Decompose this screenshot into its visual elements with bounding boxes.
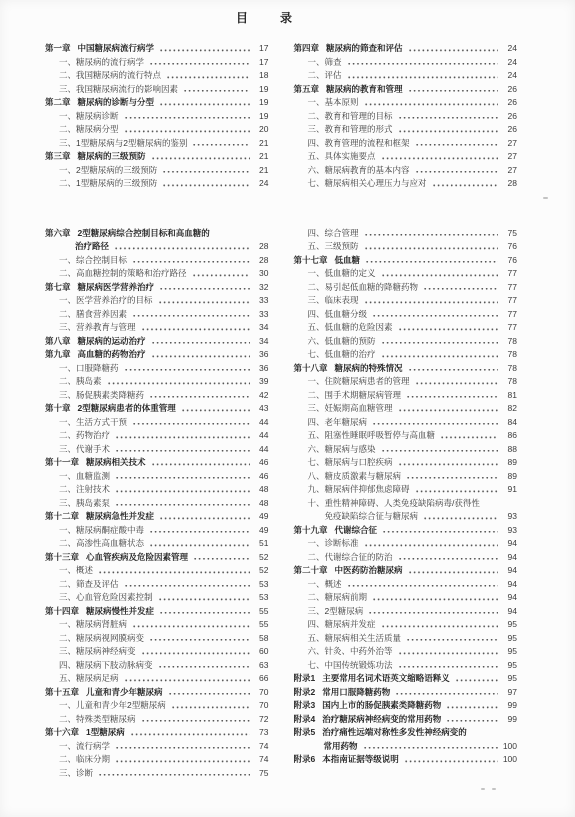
page-number: 73 — [254, 726, 269, 740]
toc-sub-entry: 二、糖尿病视网膜病变58 — [45, 632, 269, 646]
toc-entry-label: 第十九章 — [294, 524, 328, 538]
toc-entry-label: 第十五章 — [45, 686, 79, 700]
dotted-leader — [415, 137, 498, 151]
toc-sub-entry: 一、诊断标准94 — [294, 537, 518, 551]
page-number: 26 — [502, 83, 517, 97]
toc-sub-entry: 七、中国传统锻炼功法95 — [294, 659, 518, 673]
toc-sub-entry: 三、代谢手术44 — [45, 443, 269, 457]
toc-entry-title: 糖尿病的筛查和评估 — [326, 42, 403, 56]
dotted-leader — [446, 699, 498, 713]
toc-sub-entry: 一、低血糖的定义77 — [294, 267, 518, 281]
page-number: 95 — [502, 659, 517, 673]
toc-chapter-entry: 第十六章1型糖尿病73 — [45, 726, 269, 740]
toc-entry-title: 一、诊断标准 — [308, 537, 359, 551]
dotted-leader — [398, 551, 498, 565]
dotted-leader — [162, 177, 249, 191]
toc-sub-entry: 免疫缺陷综合征与糖尿病93 — [294, 510, 518, 524]
page-number: 55 — [254, 618, 269, 632]
toc-entry-title: 三、临床表现 — [308, 294, 359, 308]
dotted-leader — [115, 443, 249, 457]
toc-block-left-bottom: 第六章2型糖尿病综合控制目标和高血糖的治疗路径28一、综合控制目标28二、高血糖… — [45, 227, 269, 781]
toc-chapter-entry: 第十九章代谢综合征93 — [294, 524, 518, 538]
page-number: 44 — [254, 416, 269, 430]
dotted-leader — [408, 362, 498, 376]
toc-entry-title: 2型糖尿病患者的体重管理 — [78, 402, 176, 416]
toc-entry-title: 二、胰岛素 — [59, 375, 102, 389]
dotted-leader — [408, 83, 498, 97]
toc-sub-entry: 七、糖尿病相关心理压力与应对28 — [294, 177, 518, 191]
page-number: 84 — [502, 416, 517, 430]
toc-sub-entry: 五、糖尿病相关生活质量95 — [294, 632, 518, 646]
toc-sub-entry: 二、筛查及评估53 — [45, 578, 269, 592]
dotted-leader — [159, 605, 249, 619]
toc-sub-entry: 一、血糖监测46 — [45, 470, 269, 484]
toc-entry-title: 四、糖尿病并发症 — [308, 618, 376, 632]
toc-sub-entry: 二、易引起低血糖的降糖药物77 — [294, 281, 518, 295]
page-number: 55 — [254, 605, 269, 619]
toc-entry-title: 八、糖皮质激素与糖尿病 — [308, 470, 402, 484]
page-number: 82 — [502, 402, 517, 416]
dotted-leader — [158, 659, 250, 673]
toc-entry-title: 一、基本原则 — [308, 96, 359, 110]
toc-sub-entry: 一、儿童和青少年2型糖尿病70 — [45, 699, 269, 713]
column-gap — [294, 191, 518, 227]
toc-chapter-entry: 第七章糖尿病医学营养治疗32 — [45, 281, 269, 295]
toc-entry-title: 七、低血糖的治疗 — [308, 348, 376, 362]
page-number: 77 — [502, 267, 517, 281]
toc-sub-entry: 二、特殊类型糖尿病72 — [45, 713, 269, 727]
page-number: 26 — [502, 110, 517, 124]
dotted-leader — [115, 753, 249, 767]
toc-sub-entry: 二、注射技术48 — [45, 483, 269, 497]
toc-entry-title: 三、胰岛素泵 — [59, 497, 110, 511]
toc-entry-title: 二、教育和管理的目标 — [308, 110, 393, 124]
toc-entry-title: 四、糖尿病下肢动脉病变 — [59, 659, 153, 673]
toc-entry-title: 二、注射技术 — [59, 483, 110, 497]
page-number: 100 — [502, 753, 517, 767]
toc-chapter-entry: 第十一章糖尿病相关技术46 — [45, 456, 269, 470]
page-number: 77 — [502, 294, 517, 308]
page-number: 52 — [254, 564, 269, 578]
toc-sub-entry: 四、老年糖尿病84 — [294, 416, 518, 430]
toc-entry-title: 中医药防治糖尿病 — [335, 564, 403, 578]
dotted-leader — [398, 456, 498, 470]
toc-entry-title: 低血糖 — [335, 254, 361, 268]
toc-sub-entry: 二、高渗性高血糖状态51 — [45, 537, 269, 551]
dotted-leader — [381, 335, 498, 349]
toc-sub-entry: 二、代谢综合征的防治94 — [294, 551, 518, 565]
dotted-leader — [124, 110, 250, 124]
page-number: 34 — [254, 335, 269, 349]
toc-sub-entry: 一、糖尿病酮症酸中毒49 — [45, 524, 269, 538]
toc-entry-title: 糖尿病的特殊情况 — [335, 362, 403, 376]
page-number: 17 — [254, 56, 269, 70]
toc-chapter-entry: 第十二章糖尿病急性并发症49 — [45, 510, 269, 524]
toc-entry-label: 第十六章 — [45, 726, 79, 740]
page-number: 74 — [254, 753, 269, 767]
toc-entry-title: 一、儿童和青少年2型糖尿病 — [59, 699, 166, 713]
dotted-leader — [364, 227, 498, 241]
toc-entry-title: 七、中国传统锻炼功法 — [308, 659, 393, 673]
page-number: 95 — [502, 672, 517, 686]
toc-chapter-entry: 第十八章糖尿病的特殊情况78 — [294, 362, 518, 376]
toc-sub-entry: 六、糖尿病教育的基本内容27 — [294, 164, 518, 178]
dotted-leader — [168, 686, 250, 700]
toc-entry-title: 一、2型糖尿病的三级预防 — [59, 164, 157, 178]
toc-sub-entry: 一、综合控制目标28 — [45, 254, 269, 268]
toc-sub-entry: 六、糖尿病与感染88 — [294, 443, 518, 457]
page-number: 99 — [502, 713, 517, 727]
toc-page: 目 录 第一章中国糖尿病流行病学17一、糖尿病的流行病学17二、我国糖尿病的流行… — [0, 0, 575, 817]
dotted-leader — [149, 524, 249, 538]
toc-sub-entry: 六、针灸、中药外治等95 — [294, 645, 518, 659]
toc-entry-title: 一、口服降糖药 — [59, 362, 119, 376]
toc-entry-label: 第十八章 — [294, 362, 328, 376]
page-number: 93 — [502, 524, 517, 538]
toc-entry-title: 二、特殊类型糖尿病 — [59, 713, 136, 727]
toc-entry-title: 三、心血管危险因素控制 — [59, 591, 153, 605]
toc-entry-label: 第十二章 — [45, 510, 79, 524]
page-number: 70 — [254, 686, 269, 700]
dotted-leader — [107, 375, 250, 389]
dotted-leader — [432, 177, 498, 191]
toc-chapter-entry: 第六章2型糖尿病综合控制目标和高血糖的 — [45, 227, 269, 241]
toc-entry-title: 七、糖尿病与口腔疾病 — [308, 456, 393, 470]
toc-chapter-entry: 第十章2型糖尿病患者的体重管理43 — [45, 402, 269, 416]
page-number: 76 — [502, 240, 517, 254]
dotted-leader — [398, 110, 498, 124]
toc-entry-label: 第十四章 — [45, 605, 79, 619]
page-number: 27 — [502, 150, 517, 164]
toc-entry-title: 六、糖尿病教育的基本内容 — [308, 164, 410, 178]
toc-entry-title: 心血管疾病及危险因素管理 — [86, 551, 188, 565]
scan-artifact — [492, 788, 496, 790]
dotted-leader — [406, 632, 498, 646]
dotted-leader — [364, 537, 498, 551]
dotted-leader — [151, 335, 250, 349]
page-number: 27 — [502, 164, 517, 178]
toc-chapter-entry: 第二十章中医药防治糖尿病94 — [294, 564, 518, 578]
dotted-leader — [115, 470, 249, 484]
dotted-leader — [446, 713, 498, 727]
toc-sub-entry: 四、综合管理75 — [294, 227, 518, 241]
toc-entry-label: 附录1 — [294, 672, 316, 686]
toc-sub-entry: 三、心血管危险因素控制53 — [45, 591, 269, 605]
page-number: 60 — [254, 645, 269, 659]
toc-entry-title: 一、流行病学 — [59, 740, 110, 754]
dotted-leader — [132, 416, 249, 430]
page-number: 28 — [254, 254, 269, 268]
dotted-leader — [141, 713, 250, 727]
toc-sub-entry: 五、低血糖的危险因素77 — [294, 321, 518, 335]
toc-entry-label: 附录3 — [294, 699, 316, 713]
dotted-leader — [158, 294, 250, 308]
dotted-leader — [398, 402, 498, 416]
page-number: 89 — [502, 470, 517, 484]
toc-sub-entry: 二、评估24 — [294, 69, 518, 83]
page-number: 48 — [254, 497, 269, 511]
toc-sub-entry: 一、基本原则26 — [294, 96, 518, 110]
toc-chapter-entry: 第八章糖尿病的运动治疗34 — [45, 335, 269, 349]
toc-entry-title: 一、住院糖尿病患者的管理 — [308, 375, 410, 389]
page-number: 53 — [254, 591, 269, 605]
page-number: 24 — [502, 56, 517, 70]
dotted-leader — [159, 42, 249, 56]
dotted-leader — [124, 362, 250, 376]
dotted-leader — [159, 281, 249, 295]
toc-sub-entry: 一、住院糖尿病患者的管理78 — [294, 375, 518, 389]
toc-entry-title: 免疫缺陷综合征与糖尿病 — [325, 510, 419, 524]
page-number: 94 — [502, 537, 517, 551]
dotted-leader — [372, 308, 498, 322]
page-number: 21 — [254, 150, 269, 164]
page-number: 78 — [502, 375, 517, 389]
toc-column-right: 第四章糖尿病的筛查和评估24一、筛查24二、评估24第五章糖尿病的教育和管理26… — [294, 42, 518, 780]
toc-entry-title: 一、糖尿病酮症酸中毒 — [59, 524, 144, 538]
toc-entry-title: 本指南证据等级说明 — [322, 753, 399, 767]
page-number: 86 — [502, 429, 517, 443]
page-number: 43 — [254, 402, 269, 416]
dotted-leader — [372, 416, 498, 430]
toc-entry-title: 二、高血糖控制的策略和治疗路径 — [59, 267, 187, 281]
toc-entry-title: 三、肠促胰素类降糖药 — [59, 389, 144, 403]
page-number: 33 — [254, 294, 269, 308]
toc-sub-entry: 十、重性精神障碍、人类免疫缺陷病毒/获得性 — [294, 497, 518, 511]
dotted-leader — [162, 164, 249, 178]
toc-entry-title: 三、我国糖尿病流行的影响因素 — [59, 83, 178, 97]
toc-entry-title: 三、教育和管理的形式 — [308, 123, 393, 137]
dotted-leader — [364, 96, 498, 110]
dotted-leader — [406, 470, 498, 484]
page-number: 30 — [254, 267, 269, 281]
dotted-leader — [149, 632, 249, 646]
toc-entry-label: 第四章 — [294, 42, 320, 56]
dotted-leader — [363, 740, 498, 754]
toc-sub-entry: 三、1型糖尿病与2型糖尿病的鉴别21 — [45, 137, 269, 151]
page-number: 81 — [502, 389, 517, 403]
toc-chapter-entry: 附录5治疗痛性远端对称性多发性神经病变的 — [294, 726, 518, 740]
toc-entry-title: 二、临床分期 — [59, 753, 110, 767]
page-number: 32 — [254, 281, 269, 295]
page-number: 99 — [502, 699, 517, 713]
page-number: 88 — [502, 443, 517, 457]
toc-entry-title: 中国糖尿病流行病学 — [78, 42, 155, 56]
dotted-leader — [151, 348, 250, 362]
toc-sub-entry: 一、流行病学74 — [45, 740, 269, 754]
toc-entry-title: 二、高渗性高血糖状态 — [59, 537, 144, 551]
toc-entry-title: 五、糖尿病相关生活质量 — [308, 632, 402, 646]
dotted-leader — [423, 281, 498, 295]
page-number: 20 — [254, 123, 269, 137]
dotted-leader — [347, 578, 498, 592]
toc-chapter-entry: 附录4治疗糖尿病神经病变的常用药物99 — [294, 713, 518, 727]
dotted-leader — [364, 240, 498, 254]
page-number: 49 — [254, 510, 269, 524]
toc-entry-title: 主要常用名词术语英文缩略语释义 — [322, 672, 450, 686]
toc-chapter-entry: 附录2常用口服降糖药物97 — [294, 686, 518, 700]
dotted-leader — [141, 321, 250, 335]
page-number: 77 — [502, 321, 517, 335]
dotted-leader — [382, 524, 498, 538]
page-number: 52 — [254, 551, 269, 565]
dotted-leader — [192, 267, 250, 281]
toc-entry-title: 五、糖尿病足病 — [59, 672, 119, 686]
page-number: 44 — [254, 429, 269, 443]
toc-sub-entry: 三、妊娠期高血糖管理82 — [294, 402, 518, 416]
toc-entry-label: 第三章 — [45, 150, 71, 164]
page-number: 95 — [502, 645, 517, 659]
toc-entry-title: 二、筛查及评估 — [59, 578, 119, 592]
page-number: 91 — [502, 483, 517, 497]
toc-entry-title: 二、膳食营养因素 — [59, 308, 127, 322]
page-number: 94 — [502, 605, 517, 619]
page-number: 26 — [502, 96, 517, 110]
toc-entry-label: 附录6 — [294, 753, 316, 767]
toc-entry-title: 二、1型糖尿病的三级预防 — [59, 177, 157, 191]
page-number: 49 — [254, 524, 269, 538]
toc-sub-entry: 三、教育和管理的形式26 — [294, 123, 518, 137]
toc-sub-entry: 一、糖尿病的流行病学17 — [45, 56, 269, 70]
page-number: 66 — [254, 672, 269, 686]
toc-sub-entry: 七、低血糖的治疗78 — [294, 348, 518, 362]
page-title: 目 录 — [236, 9, 302, 26]
dotted-leader — [381, 150, 498, 164]
toc-entry-title: 二、围手术期糖尿病管理 — [308, 389, 402, 403]
dotted-leader — [423, 510, 498, 524]
toc-entry-title: 治疗糖尿病神经病变的常用药物 — [322, 713, 441, 727]
dotted-leader — [415, 375, 498, 389]
toc-entry-title: 糖尿病的运动治疗 — [78, 335, 146, 349]
dotted-leader — [132, 308, 249, 322]
toc-entry-title: 二、易引起低血糖的降糖药物 — [308, 281, 419, 295]
page-number: 75 — [254, 767, 269, 781]
toc-entry-title: 1型糖尿病 — [86, 726, 125, 740]
dotted-leader — [98, 767, 249, 781]
toc-sub-entry: 五、糖尿病足病66 — [45, 672, 269, 686]
toc-entry-title: 二、代谢综合征的防治 — [308, 551, 393, 565]
page-number: 94 — [502, 564, 517, 578]
dotted-leader — [415, 483, 498, 497]
toc-entry-title: 五、具体实施要点 — [308, 150, 376, 164]
page-number: 95 — [502, 618, 517, 632]
toc-sub-entry: 四、糖尿病下肢动脉病变63 — [45, 659, 269, 673]
toc-chapter-entry: 第五章糖尿病的教育和管理26 — [294, 83, 518, 97]
toc-sub-entry: 二、我国糖尿病的流行特点18 — [45, 69, 269, 83]
toc-sub-entry: 八、糖皮质激素与糖尿病89 — [294, 470, 518, 484]
toc-entry-title: 治疗痛性远端对称性多发性神经病变的 — [322, 726, 467, 740]
page-number: 75 — [502, 227, 517, 241]
page-number: 74 — [254, 740, 269, 754]
dotted-leader — [372, 591, 498, 605]
toc-entry-title: 代谢综合征 — [335, 524, 378, 538]
dotted-leader — [455, 672, 498, 686]
toc-chapter-entry: 附录6本指南证据等级说明100 — [294, 753, 518, 767]
dotted-leader — [365, 254, 498, 268]
column-gap — [45, 191, 269, 227]
toc-sub-entry: 五、阻塞性睡眠呼吸暂停与高血糖86 — [294, 429, 518, 443]
toc-sub-entry: 一、医学营养治疗的目标33 — [45, 294, 269, 308]
toc-entry-title: 一、筛查 — [308, 56, 342, 70]
toc-entry-label: 第十一章 — [45, 456, 79, 470]
toc-entry-title: 十、重性精神障碍、人类免疫缺陷病毒/获得性 — [308, 497, 480, 511]
toc-entry-title: 二、药物治疗 — [59, 429, 110, 443]
scan-artifact — [543, 197, 548, 199]
toc-entry-label: 附录4 — [294, 713, 316, 727]
page-number: 36 — [254, 348, 269, 362]
page-number: 18 — [254, 69, 269, 83]
toc-sub-entry: 一、糖尿病诊断19 — [45, 110, 269, 124]
toc-entry-title: 四、教育管理的流程和框架 — [308, 137, 410, 151]
dotted-leader — [440, 429, 498, 443]
toc-chapter-entry: 第九章高血糖的药物治疗36 — [45, 348, 269, 362]
page-number: 53 — [254, 578, 269, 592]
toc-sub-entry: 四、糖尿病并发症95 — [294, 618, 518, 632]
page-number: 19 — [254, 96, 269, 110]
dotted-leader — [404, 753, 498, 767]
toc-sub-entry: 二、临床分期74 — [45, 753, 269, 767]
dotted-leader — [149, 389, 249, 403]
page-number: 24 — [502, 69, 517, 83]
page-number: 24 — [254, 177, 269, 191]
dotted-leader — [347, 69, 498, 83]
toc-entry-title: 三、糖尿病神经病变 — [59, 645, 136, 659]
dotted-leader — [159, 96, 249, 110]
toc-entry-title: 国内上市的肠促胰素类降糖药物 — [322, 699, 441, 713]
page-number: 21 — [254, 164, 269, 178]
toc-entry-title: 三、营养教育与管理 — [59, 321, 136, 335]
page-number: 51 — [254, 537, 269, 551]
dotted-leader — [398, 659, 498, 673]
toc-sub-entry: 三、营养教育与管理34 — [45, 321, 269, 335]
page-number: 78 — [502, 348, 517, 362]
toc-chapter-entry: 第十三章心血管疾病及危险因素管理52 — [45, 551, 269, 565]
toc-entry-label: 第一章 — [45, 42, 71, 56]
dotted-leader — [115, 740, 249, 754]
toc-chapter-entry: 第三章糖尿病的三级预防21 — [45, 150, 269, 164]
page-number: 19 — [254, 83, 269, 97]
page-number: 39 — [254, 375, 269, 389]
dotted-leader — [381, 267, 498, 281]
toc-entry-title: 常用药物 — [324, 740, 358, 754]
toc-sub-entry: 二、高血糖控制的策略和治疗路径30 — [45, 267, 269, 281]
dotted-leader — [124, 578, 250, 592]
dotted-leader — [141, 645, 250, 659]
page-number: 46 — [254, 456, 269, 470]
page-number: 28 — [254, 240, 269, 254]
toc-entry-title: 五、低血糖的危险因素 — [308, 321, 393, 335]
toc-sub-entry: 一、概述52 — [45, 564, 269, 578]
toc-entry-title: 一、低血糖的定义 — [308, 267, 376, 281]
toc-sub-entry: 五、三级预防76 — [294, 240, 518, 254]
toc-entry-title: 四、综合管理 — [308, 227, 359, 241]
toc-entry-label: 第十章 — [45, 402, 71, 416]
toc-entry-title: 2型糖尿病综合控制目标和高血糖的 — [78, 227, 210, 241]
toc-entry-title: 四、低血糖分级 — [308, 308, 368, 322]
page-number: 58 — [254, 632, 269, 646]
dotted-leader — [381, 618, 498, 632]
dotted-leader — [115, 483, 249, 497]
toc-entry-title: 六、糖尿病与感染 — [308, 443, 376, 457]
toc-chapter-entry: 治疗路径28 — [45, 240, 269, 254]
toc-entry-title: 三、1型糖尿病与2型糖尿病的鉴别 — [59, 137, 187, 151]
dotted-leader — [381, 443, 498, 457]
toc-entry-label: 第十三章 — [45, 551, 79, 565]
toc-sub-entry: 七、糖尿病与口腔疾病89 — [294, 456, 518, 470]
page-number: 33 — [254, 308, 269, 322]
toc-entry-title: 六、针灸、中药外治等 — [308, 645, 393, 659]
toc-chapter-entry: 附录3国内上市的肠促胰素类降糖药物99 — [294, 699, 518, 713]
dotted-leader — [151, 150, 250, 164]
